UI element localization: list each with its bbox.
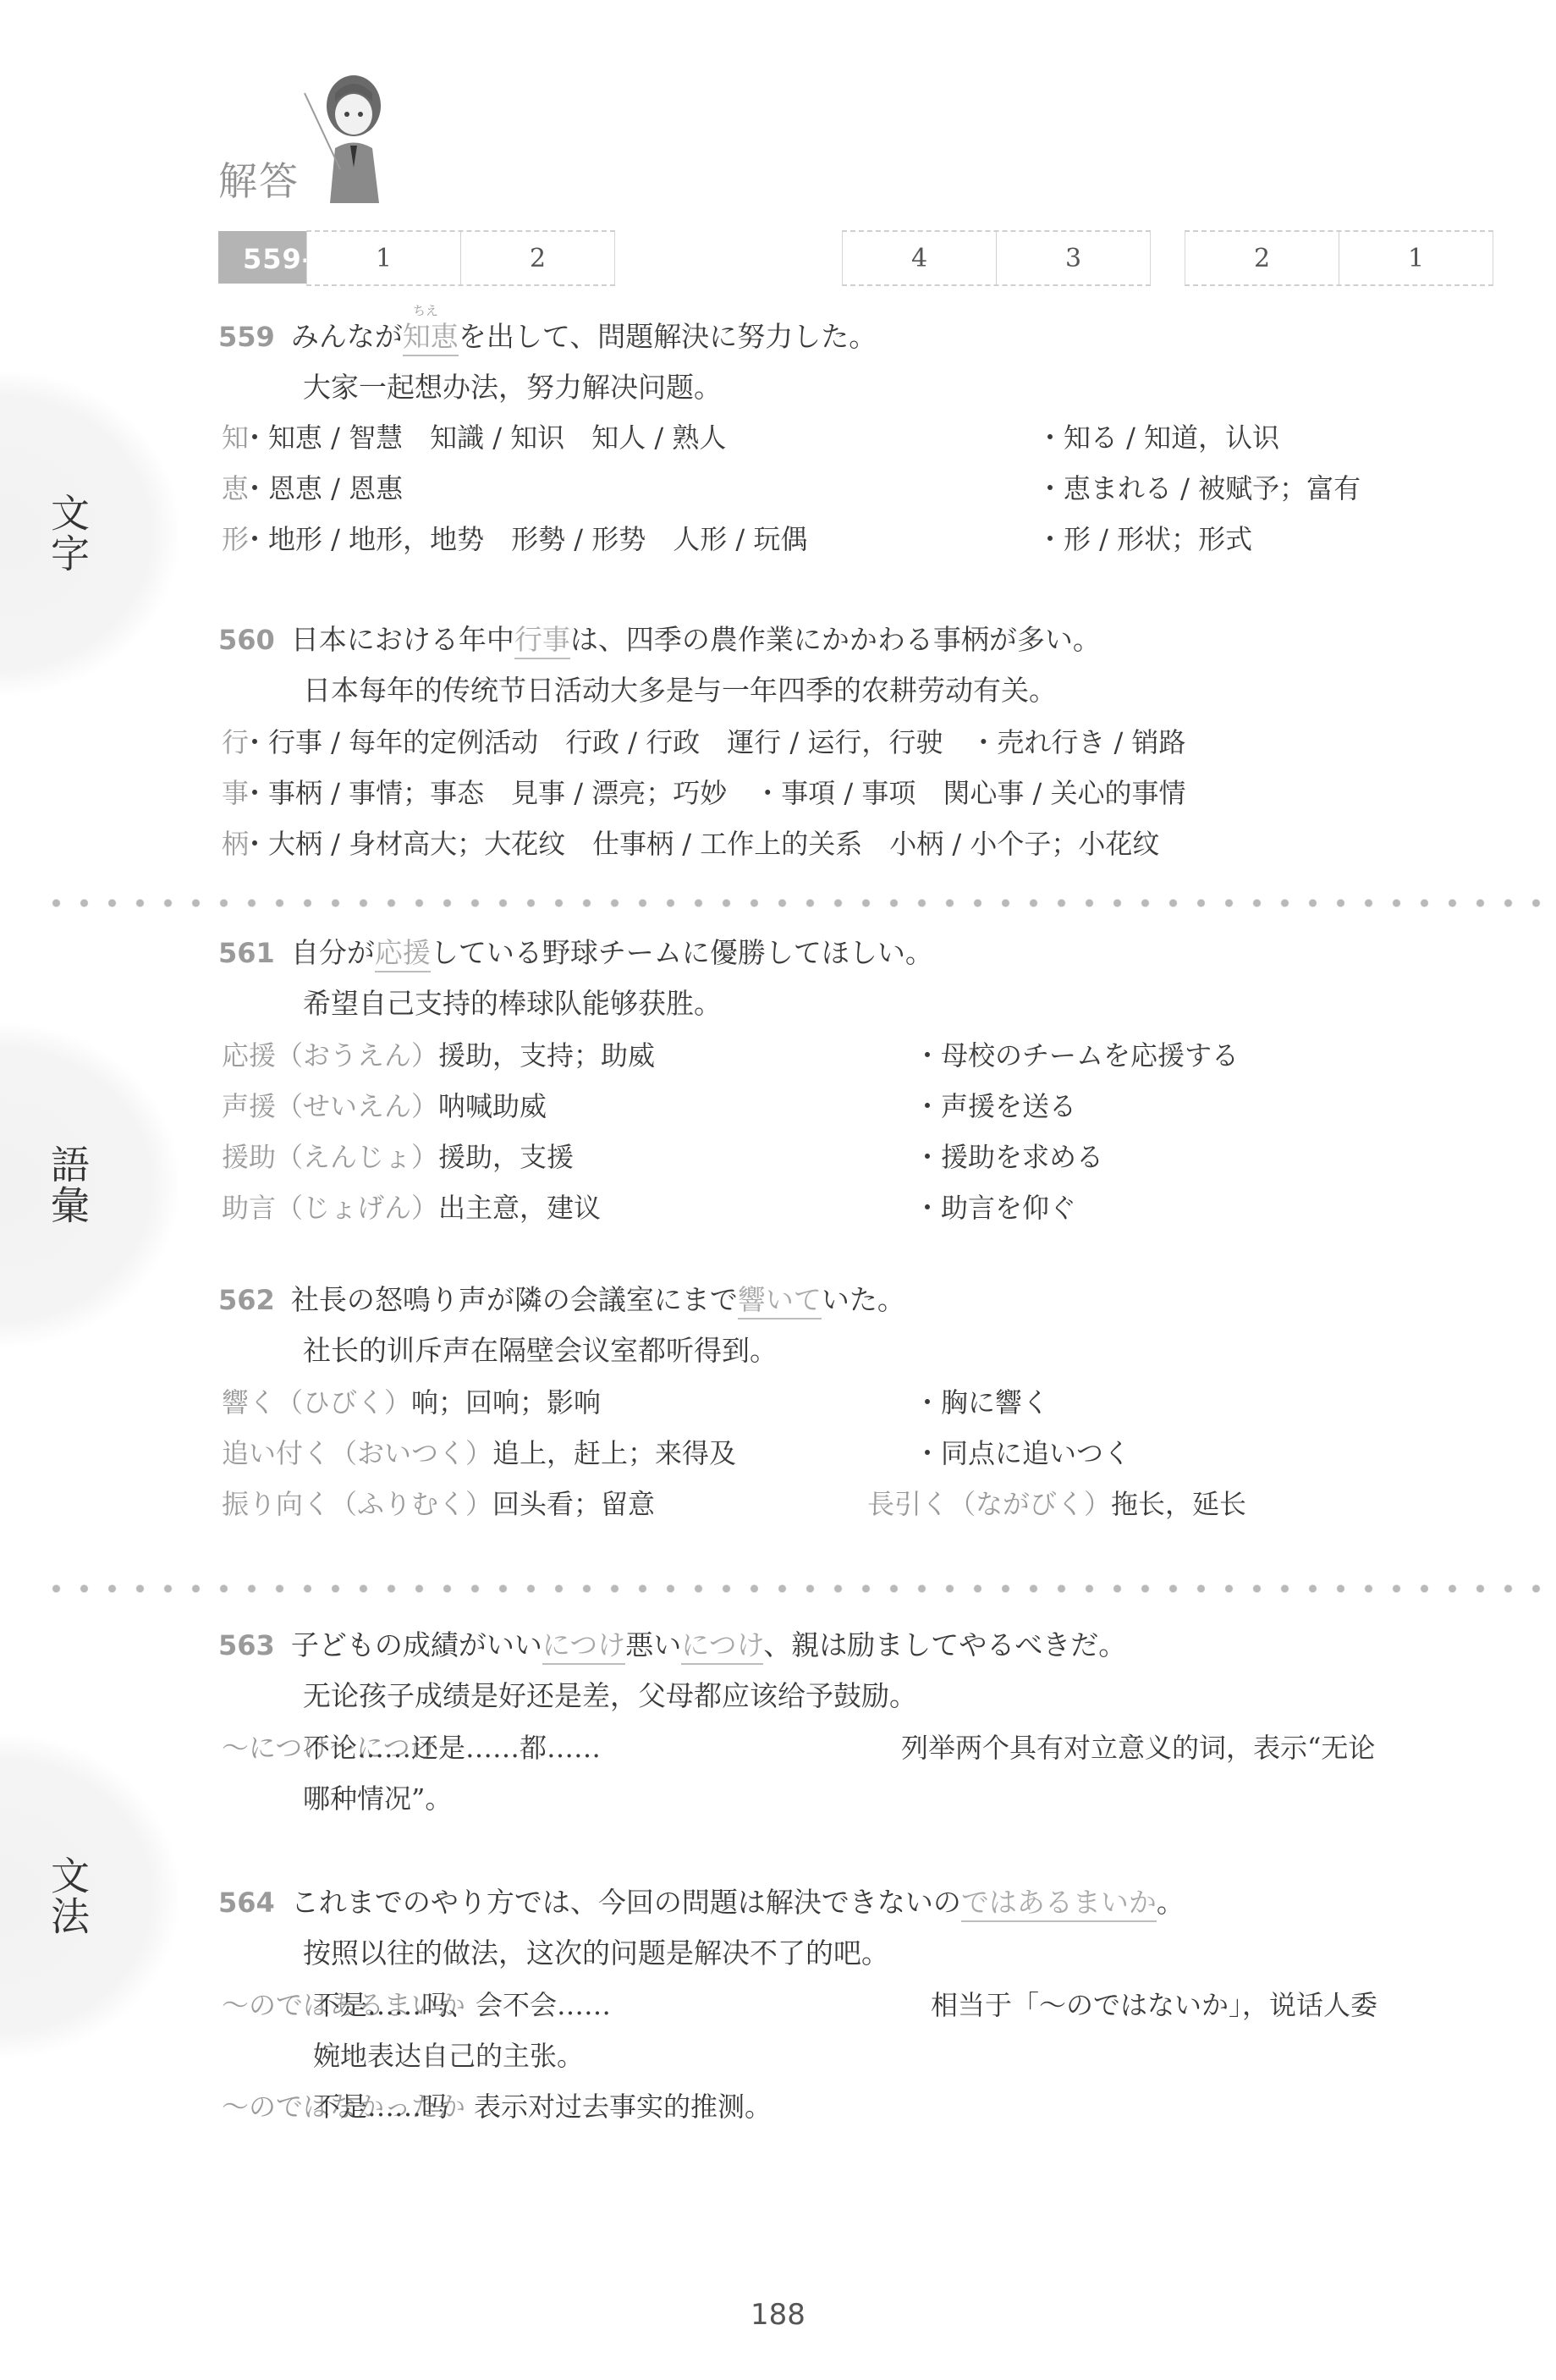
grammar-note-cont: 婉地表达自己的主张。 <box>313 2035 584 2074</box>
answer-561: 4 <box>843 232 996 284</box>
question-563: 563 子どもの成績がいいにつけ悪いにつけ、親は励ましてやるべきだ。 <box>218 1623 1126 1663</box>
side-tab-goi[interactable]: 語彙 <box>0 1024 178 1346</box>
vocab-entry-right: 長引く（ながびく）拖长，延长 <box>867 1483 1246 1522</box>
answer-group-3: 2 1 <box>1185 230 1493 286</box>
vocab-row-right: ・形 / 形状；形式 <box>1036 518 1252 557</box>
target-word: 響いて <box>738 1283 822 1319</box>
grammar-note-cont: 哪种情况”。 <box>303 1777 452 1816</box>
answer-564: 1 <box>1339 232 1493 284</box>
example-phrase: ・母校のチームを応援する <box>914 1034 1239 1073</box>
answer-559: 1 <box>307 232 460 284</box>
question-sentence: 子どもの成績がいいにつけ悪いにつけ、親は励ましてやるべきだ。 <box>291 1628 1126 1661</box>
answer-560: 2 <box>460 232 614 284</box>
question-sentence: 社長の怒鳴り声が隣の会議室にまで響いていた。 <box>291 1283 905 1316</box>
answer-group-1: 1 2 <box>306 230 615 286</box>
question-sentence: 日本における年中行事は、四季の農作業にかかわる事柄が多い。 <box>291 623 1101 656</box>
vocab-entry: 応援（おうえん）援助，支持；助威 <box>222 1034 655 1073</box>
question-number: 560 <box>218 624 275 656</box>
target-word: 行事 <box>514 623 570 659</box>
question-number: 564 <box>218 1887 275 1919</box>
question-560: 560 日本における年中行事は、四季の農作業にかかわる事柄が多い。 <box>218 618 1101 658</box>
vocab-entry: 追い付く（おいつく）追上，赶上；来得及 <box>222 1432 736 1471</box>
question-sentence: これまでのやり方では、今回の問題は解決できないのではあるまいか。 <box>291 1886 1185 1919</box>
question-564: 564 これまでのやり方では、今回の問題は解決できないのではあるまいか。 <box>218 1881 1185 1920</box>
translation: 大家一起想办法，努力解决问题。 <box>303 366 722 405</box>
vocab-entry: 声援（せいえん）呐喊助威 <box>222 1085 547 1124</box>
answer-group-2: 4 3 <box>842 230 1151 286</box>
example-phrase: ・助言を仰ぐ <box>914 1187 1076 1226</box>
example-phrase: ・声援を送る <box>914 1085 1076 1124</box>
vocab-row: ・事柄 / 事情；事态 見事 / 漂亮；巧妙 ・事項 / 事项 関心事 / 关心… <box>241 772 1186 811</box>
vocab-row: ・恩恵 / 恩惠 <box>241 467 403 506</box>
translation: 日本每年的传统节日活动大多是与一年四季的农耕劳动有关。 <box>303 669 1057 708</box>
target-grammar: につけ <box>542 1628 625 1665</box>
question-number: 561 <box>218 937 275 969</box>
vocab-entry: 援助（えんじょ）援助，支援 <box>222 1136 574 1175</box>
question-number: 559 <box>218 321 275 353</box>
vocab-row: ・知恵 / 智慧 知識 / 知识 知人 / 熟人 <box>241 416 726 455</box>
example-phrase: ・援助を求める <box>914 1136 1103 1175</box>
side-tab-bunpo[interactable]: 文法 <box>0 1735 178 2057</box>
vocab-row-right: ・知る / 知道，认识 <box>1036 416 1279 455</box>
side-tab-moji[interactable]: 文字 <box>0 372 178 694</box>
question-561: 561 自分が応援している野球チームに優勝してほしい。 <box>218 931 933 971</box>
example-phrase: ・同点に追いつく <box>914 1432 1130 1471</box>
vocab-row: ・大柄 / 身材高大；大花纹 仕事柄 / 工作上的关系 小柄 / 小个子；小花纹 <box>241 823 1159 862</box>
question-sentence: 自分が応援している野球チームに優勝してほしい。 <box>291 936 933 969</box>
grammar-meaning: 不论……还是……都…… <box>303 1727 601 1766</box>
target-grammar: につけ <box>681 1628 763 1665</box>
vocab-row: ・行事 / 每年的定例活动 行政 / 行政 運行 / 运行，行驶 ・売れ行き /… <box>241 721 1186 760</box>
question-number: 562 <box>218 1284 275 1316</box>
grammar-note: 列举两个具有对立意义的词，表示“无论 <box>901 1727 1375 1766</box>
answer-563: 2 <box>1185 232 1339 284</box>
target-word: ちえ知恵 <box>403 320 459 356</box>
section-divider <box>42 899 1556 907</box>
vocab-entry: 響く（ひびく）响；回响；影响 <box>222 1381 601 1420</box>
vocab-entry: 振り向く（ふりむく）回头看；留意 <box>222 1483 655 1522</box>
teacher-mascot-icon <box>288 68 389 203</box>
section-divider <box>42 1584 1556 1593</box>
question-number: 563 <box>218 1629 275 1661</box>
translation: 社长的训斥声在隔壁会议室都听得到。 <box>303 1329 778 1369</box>
answer-562: 3 <box>996 232 1150 284</box>
translation: 按照以往的做法，这次的问题是解决不了的吧。 <box>303 1931 889 1971</box>
page-number: 188 <box>0 2298 1556 2332</box>
grammar-meaning: 不是……吗、会不会…… <box>313 1984 611 2023</box>
grammar-note: 表示对过去事实的推测。 <box>474 2085 772 2124</box>
grammar-note: 相当于「〜のではないか」，说话人委 <box>931 1984 1377 2023</box>
question-562: 562 社長の怒鳴り声が隣の会議室にまで響いていた。 <box>218 1278 905 1318</box>
example-phrase: ・胸に響く <box>914 1381 1049 1420</box>
vocab-row: ・地形 / 地形，地势 形勢 / 形势 人形 / 玩偶 <box>241 518 807 557</box>
translation: 无论孩子成绩是好还是差，父母都应该给予鼓励。 <box>303 1674 917 1714</box>
question-559: 559 みんながちえ知恵を出して、問題解決に努力した。 <box>218 315 877 355</box>
grammar-meaning: 不是……吗 <box>313 2085 448 2124</box>
translation: 希望自己支持的棒球队能够获胜。 <box>303 982 722 1022</box>
vocab-entry: 助言（じょげん）出主意，建议 <box>222 1187 601 1226</box>
vocab-row-right: ・恵まれる / 被赋予；富有 <box>1036 467 1361 506</box>
target-word: 応援 <box>375 936 431 972</box>
question-sentence: みんながちえ知恵を出して、問題解決に努力した。 <box>291 320 877 353</box>
target-grammar: ではあるまいか <box>961 1886 1157 1922</box>
